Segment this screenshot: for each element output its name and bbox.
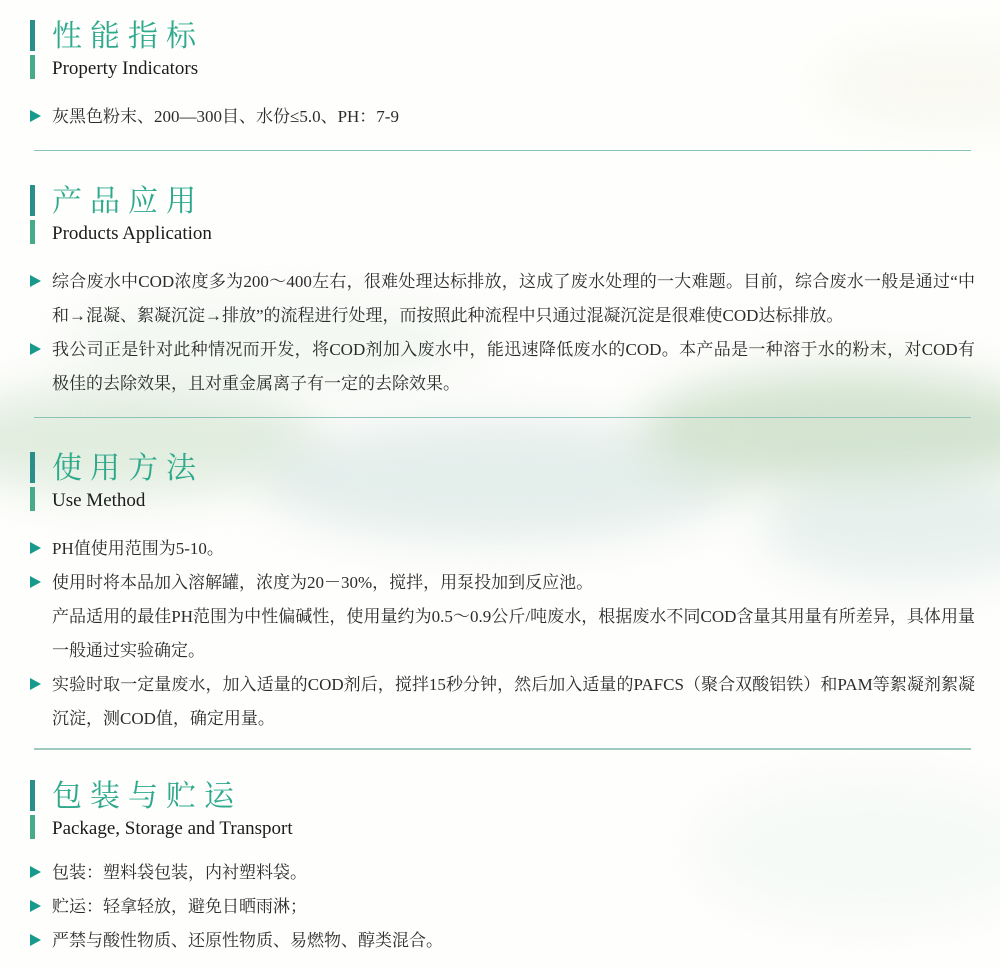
section-header: 性能指标 Property Indicators — [30, 20, 975, 82]
accent-bar-top — [30, 780, 35, 811]
bullet-text: 贮运：轻拿轻放，避免日晒雨淋； — [52, 890, 975, 924]
list-item: 我公司正是针对此种情况而开发，将COD剂加入废水中，能迅速降低废水的COD。本产… — [30, 333, 975, 401]
section-subtitle: Products Application — [52, 221, 212, 247]
section-titles: 产品应用 Products Application — [52, 185, 212, 247]
page-content: 性能指标 Property Indicators 灰黑色粉末、200—300目、… — [0, 0, 1000, 958]
triangle-bullet-icon — [30, 900, 41, 912]
triangle-bullet-icon — [30, 866, 41, 878]
accent-bar-bottom — [30, 487, 35, 511]
section-divider — [34, 150, 971, 151]
section-subtitle: Property Indicators — [52, 56, 204, 82]
bullet-text: PH值使用范围为5-10。 — [52, 532, 975, 566]
bullet-text: 使用时将本品加入溶解罐，浓度为20－30%，搅拌，用泵投加到反应池。 — [52, 566, 975, 600]
bullet-text: 包装：塑料袋包装，内衬塑料袋。 — [52, 856, 975, 890]
accent-bar-bottom — [30, 55, 35, 79]
list-item: 贮运：轻拿轻放，避免日晒雨淋； — [30, 890, 975, 924]
heading-accent-bars — [30, 185, 35, 247]
accent-bar-top — [30, 20, 35, 51]
list-item: 严禁与酸性物质、还原性物质、易燃物、醇类混合。 — [30, 924, 975, 958]
section-header: 使用方法 Use Method — [30, 452, 975, 514]
bullet-text: 产品适用的最佳PH范围为中性偏碱性，使用量约为0.5～0.9公斤/吨废水，根据废… — [52, 600, 975, 668]
section-use-method: 使用方法 Use Method PH值使用范围为5-10。 使用时将本品加入溶解… — [30, 452, 975, 750]
section-titles: 包装与贮运 Package, Storage and Transport — [52, 780, 293, 842]
bullet-list: 综合废水中COD浓度多为200～400左右，很难处理达标排放，这成了废水处理的一… — [30, 265, 975, 401]
section-divider — [34, 417, 971, 418]
accent-bar-bottom — [30, 815, 35, 839]
accent-bar-top — [30, 185, 35, 216]
bullet-text: 严禁与酸性物质、还原性物质、易燃物、醇类混合。 — [52, 924, 975, 958]
accent-bar-bottom — [30, 220, 35, 244]
section-title: 性能指标 — [52, 20, 204, 53]
section-title: 包装与贮运 — [52, 780, 293, 813]
section-header: 包装与贮运 Package, Storage and Transport — [30, 780, 975, 842]
bullet-text: 我公司正是针对此种情况而开发，将COD剂加入废水中，能迅速降低废水的COD。本产… — [52, 333, 975, 401]
section-header: 产品应用 Products Application — [30, 185, 975, 247]
triangle-bullet-icon — [30, 934, 41, 946]
bullet-text: 综合废水中COD浓度多为200～400左右，很难处理达标排放，这成了废水处理的一… — [52, 265, 975, 333]
bullet-list: 包装：塑料袋包装，内衬塑料袋。 贮运：轻拿轻放，避免日晒雨淋； 严禁与酸性物质、… — [30, 856, 975, 958]
section-title: 使用方法 — [52, 452, 204, 485]
bullet-list: PH值使用范围为5-10。 使用时将本品加入溶解罐，浓度为20－30%，搅拌，用… — [30, 532, 975, 736]
triangle-bullet-icon — [30, 275, 41, 287]
heading-accent-bars — [30, 780, 35, 842]
heading-accent-bars — [30, 452, 35, 514]
list-item: 实验时取一定量废水，加入适量的COD剂后，搅拌15秒分钟，然后加入适量的PAFC… — [30, 668, 975, 736]
bullet-list: 灰黑色粉末、200—300目、水份≤5.0、PH：7-9 — [30, 100, 975, 134]
accent-bar-top — [30, 452, 35, 483]
list-item: 使用时将本品加入溶解罐，浓度为20－30%，搅拌，用泵投加到反应池。 产品适用的… — [30, 566, 975, 668]
section-subtitle: Package, Storage and Transport — [52, 816, 293, 842]
triangle-bullet-icon — [30, 343, 41, 355]
section-titles: 性能指标 Property Indicators — [52, 20, 204, 82]
section-title: 产品应用 — [52, 185, 212, 218]
triangle-bullet-icon — [30, 678, 41, 690]
list-item: 包装：塑料袋包装，内衬塑料袋。 — [30, 856, 975, 890]
triangle-bullet-icon — [30, 110, 41, 122]
section-subtitle: Use Method — [52, 488, 204, 514]
section-property-indicators: 性能指标 Property Indicators 灰黑色粉末、200—300目、… — [30, 20, 975, 151]
section-divider — [34, 748, 971, 750]
triangle-bullet-icon — [30, 542, 41, 554]
bullet-text: 实验时取一定量废水，加入适量的COD剂后，搅拌15秒分钟，然后加入适量的PAFC… — [52, 668, 975, 736]
bullet-text: 灰黑色粉末、200—300目、水份≤5.0、PH：7-9 — [52, 100, 975, 134]
heading-accent-bars — [30, 20, 35, 82]
list-item: 综合废水中COD浓度多为200～400左右，很难处理达标排放，这成了废水处理的一… — [30, 265, 975, 333]
section-products-application: 产品应用 Products Application 综合废水中COD浓度多为20… — [30, 185, 975, 418]
triangle-bullet-icon — [30, 576, 41, 588]
list-item: PH值使用范围为5-10。 — [30, 532, 975, 566]
list-item: 灰黑色粉末、200—300目、水份≤5.0、PH：7-9 — [30, 100, 975, 134]
section-package-storage-transport: 包装与贮运 Package, Storage and Transport 包装：… — [30, 780, 975, 958]
section-titles: 使用方法 Use Method — [52, 452, 204, 514]
